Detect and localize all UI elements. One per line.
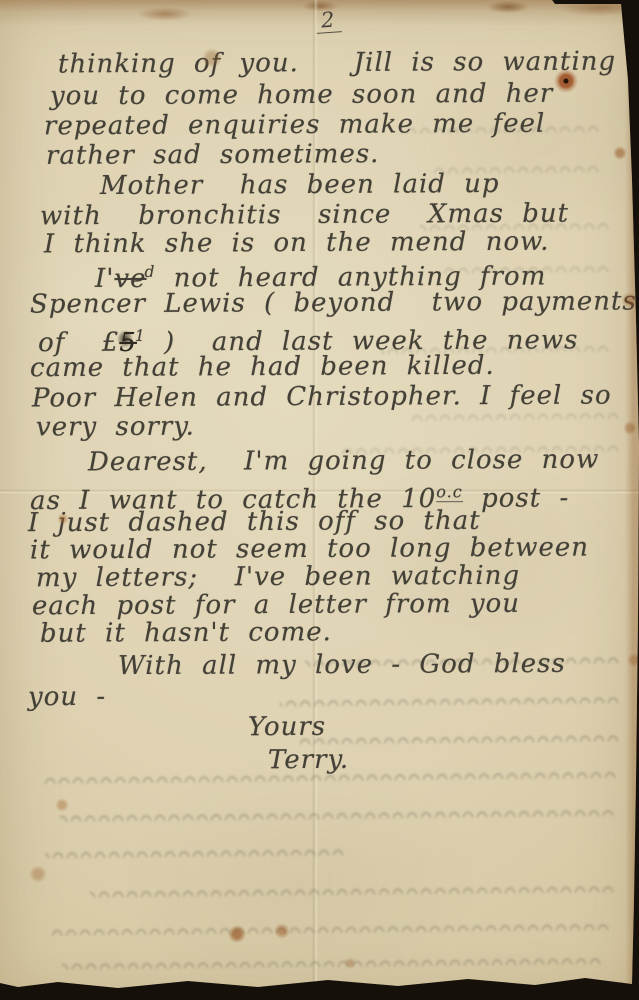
bleed-through-line <box>45 840 345 858</box>
letter-line-04: rather sad sometimes. <box>46 139 380 171</box>
letter-line-09: Spencer Lewis ( beyond two payments <box>30 286 637 319</box>
letter-line-13: very sorry. <box>36 412 195 443</box>
letter-line-01: thinking of you. Jill is so wanting <box>58 47 616 80</box>
letter-line-14: Dearest, I'm going to close now <box>88 445 599 478</box>
letter-line-19: each post for a letter from you <box>32 589 520 622</box>
letter-line-12: Poor Helen and Christopher. I feel so <box>32 380 612 413</box>
letter-line-03: repeated enquiries make me feel <box>44 109 545 142</box>
scanned-letter-page: 2 thinking of you. Jill is so wanting yo… <box>0 0 639 1000</box>
bleed-through-line <box>60 801 615 822</box>
bleed-through-line <box>90 877 615 897</box>
bleed-through-line <box>62 949 602 970</box>
superscript-oclock: o.c <box>436 482 463 502</box>
letter-line-22: you - <box>28 682 106 712</box>
paper: 2 thinking of you. Jill is so wanting yo… <box>0 0 639 1000</box>
bleed-through-line <box>300 726 620 744</box>
signature: Terry. <box>268 745 349 775</box>
bleed-through-line <box>50 915 610 936</box>
page-number: 2 <box>315 7 342 34</box>
letter-closing-yours: Yours <box>248 712 326 742</box>
bleed-through-line <box>280 688 620 707</box>
letter-line-11: came that he had been killed. <box>30 351 495 383</box>
letter-line-21: With all my love - God bless <box>118 649 566 681</box>
letter-line-05: Mother has been laid up <box>100 169 500 201</box>
letter-line-02: you to come home soon and her <box>50 79 553 112</box>
letter-line-20: but it hasn't come. <box>40 617 332 649</box>
